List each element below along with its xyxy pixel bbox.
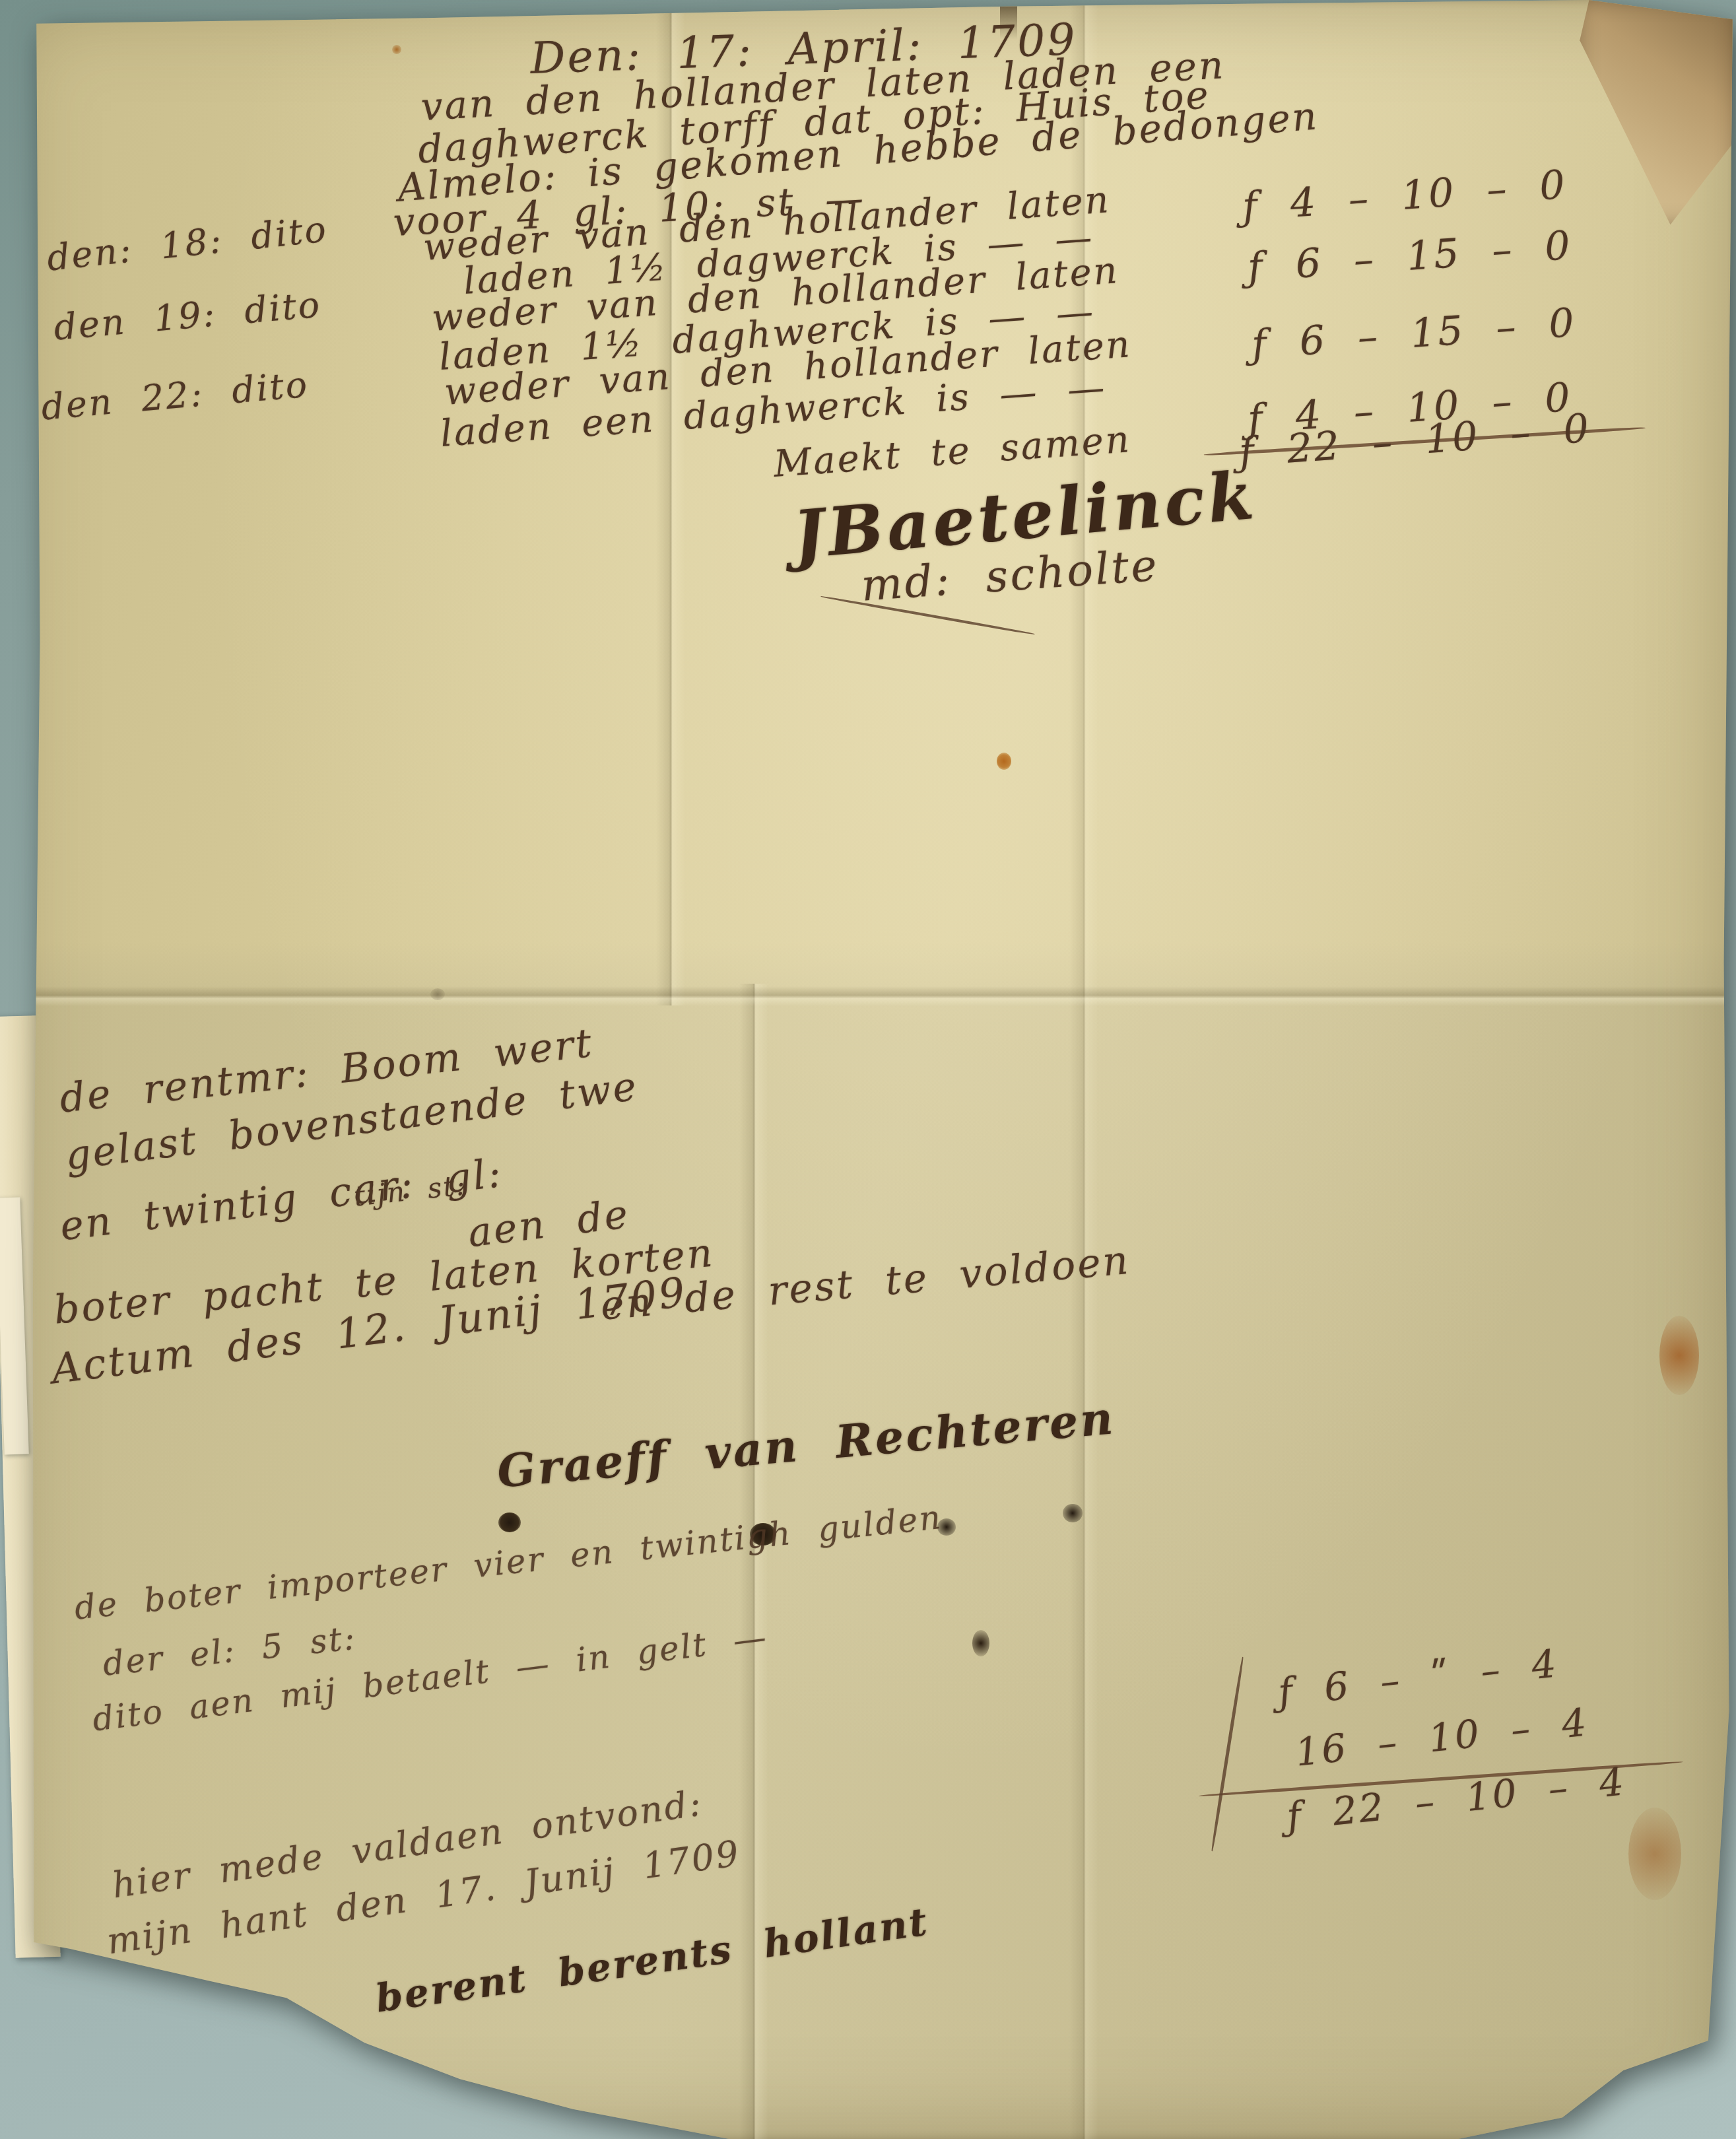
manuscript-text-layer: Den: 17: April: 1709van den hollander la… [0, 0, 1736, 2139]
manuscript-line: de boter importeer vier en twintigh guld… [73, 1498, 944, 1627]
manuscript-line: ƒ 22 – 10 – 4 [1285, 1759, 1628, 1839]
manuscript-paper: Den: 17: April: 1709van den hollander la… [0, 0, 1736, 2139]
photo-scene: Den: 17: April: 1709van den hollander la… [0, 0, 1736, 2139]
manuscript-line: ƒ 6 – 15 – 0 [1250, 299, 1578, 368]
manuscript-line: den 19: dito [52, 284, 323, 349]
manuscript-line: berent berents hollant [373, 1899, 931, 2021]
manuscript-line: ƒ 6 – ʺ – 4 [1276, 1641, 1560, 1715]
manuscript-line: den: 18: dito [45, 208, 329, 279]
manuscript-line: den 22: dito [40, 364, 310, 428]
manuscript-paper-wrap: Den: 17: April: 1709van den hollander la… [0, 0, 1736, 2139]
manuscript-line: ƒ 6 – 15 – 0 [1246, 222, 1574, 291]
manuscript-line: ƒ 4 – 10 – 0 [1241, 161, 1568, 230]
manuscript-line: 16 – 10 – 4 [1293, 1700, 1590, 1775]
manuscript-line: Graeff van Rechteren [495, 1392, 1117, 1499]
